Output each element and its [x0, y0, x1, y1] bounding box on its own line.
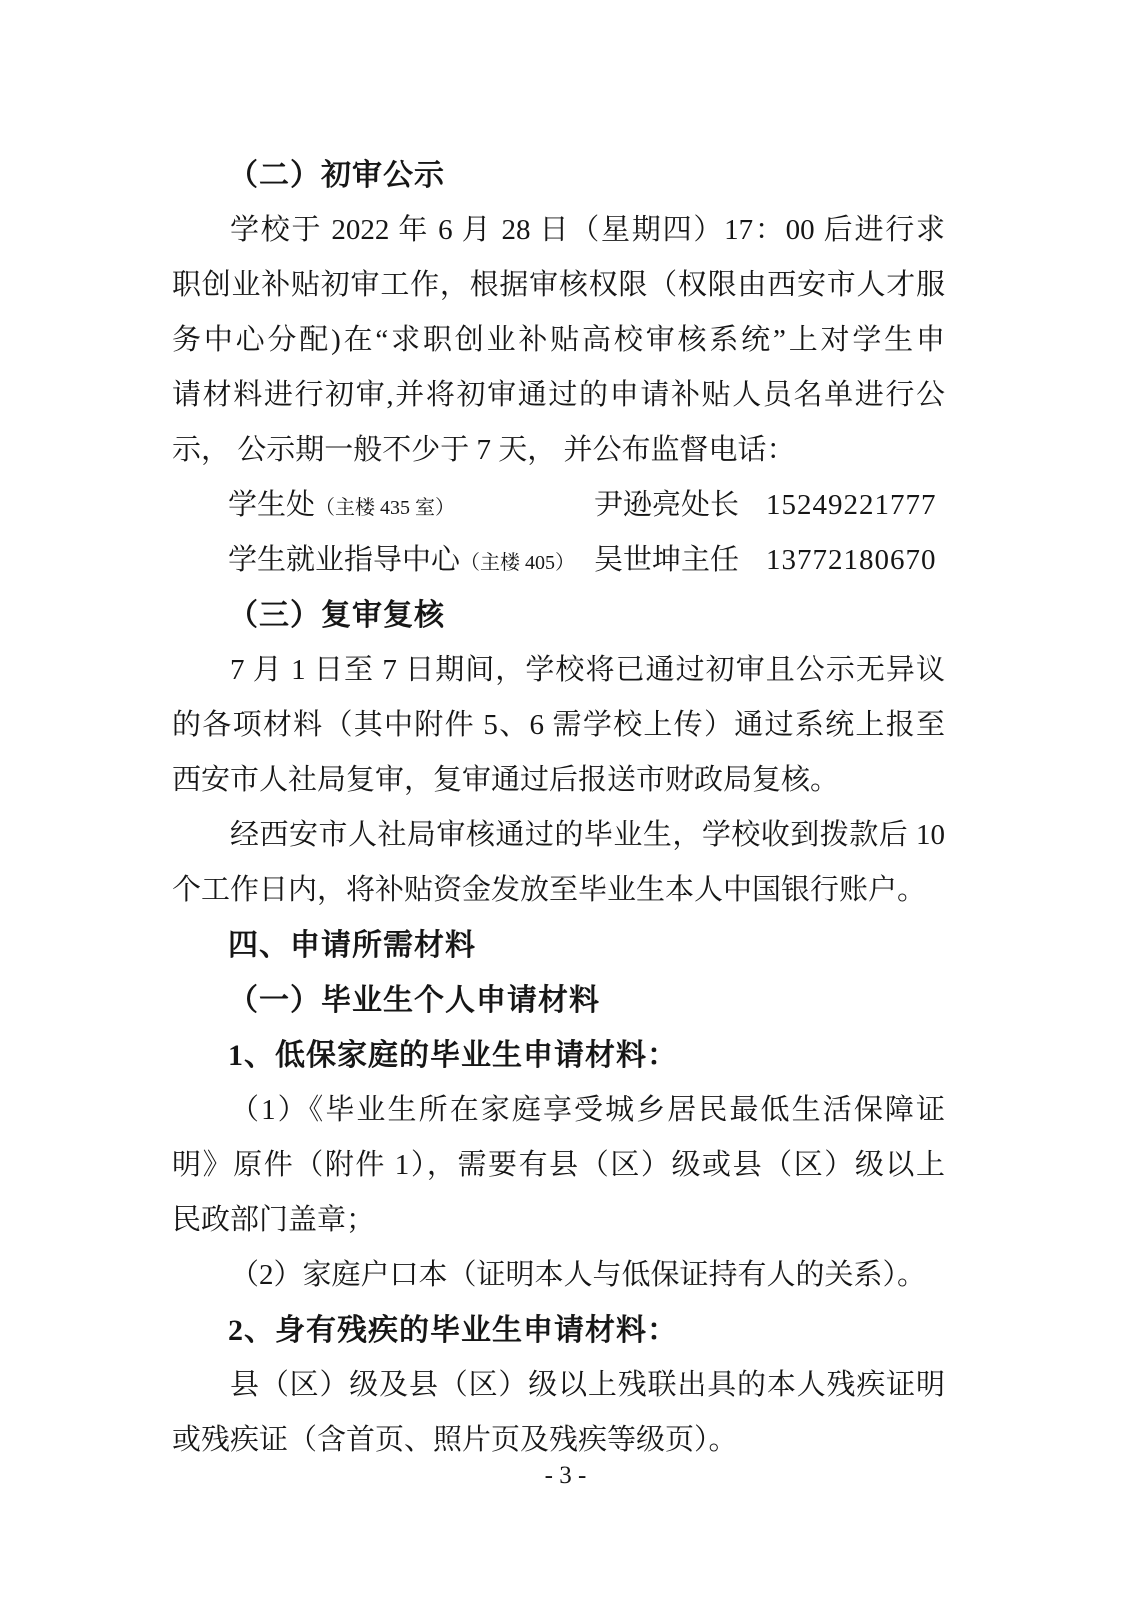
paragraph-line: （2）家庭户口本（证明本人与低保证持有人的关系）。 [172, 1248, 945, 1303]
contact-phone: 15249221777 [766, 478, 937, 533]
paragraph-line: 西安市人社局复审，复审通过后报送市财政局复核。 [172, 753, 945, 808]
paragraph-line: 务中心分配)在“求职创业补贴高校审核系统”上对学生申 [172, 313, 945, 368]
paragraph-line: （1）《毕业生所在家庭享受城乡居民最低生活保障证 [172, 1083, 945, 1138]
contact-dept-name: 学生处 [228, 489, 315, 521]
contact-row-employment-center: 学生就业指导中心（主楼 405） 吴世坤主任 13772180670 [172, 533, 945, 588]
paragraph-line: 经西安市人社局审核通过的毕业生，学校收到拨款后 10 [172, 808, 945, 863]
paragraph-line: 职创业补贴初审工作，根据审核权限（权限由西安市人才服 [172, 258, 945, 313]
paragraph-line: 的各项材料（其中附件 5、6 需学校上传）通过系统上报至 [172, 698, 945, 753]
heading-re-review: （三）复审复核 [172, 588, 945, 643]
paragraph-line: 请材料进行初审,并将初审通过的申请补贴人员名单进行公 [172, 368, 945, 423]
contact-phone: 13772180670 [766, 533, 937, 588]
heading-individual-application-materials: （一）毕业生个人申请材料 [172, 973, 945, 1028]
heading-preliminary-review-publicity: （二）初审公示 [172, 148, 945, 203]
contact-row-student-affairs: 学生处（主楼 435 室） 尹逊亮处长 15249221777 [172, 478, 945, 533]
paragraph-line: 明》原件（附件 1），需要有县（区）级或县（区）级以上 [172, 1138, 945, 1193]
contact-dept: 学生就业指导中心（主楼 405） [228, 533, 594, 591]
paragraph-line: 学校于 2022 年 6 月 28 日（星期四）17：00 后进行求 [172, 203, 945, 258]
paragraph-line: 个工作日内，将补贴资金发放至毕业生本人中国银行账户。 [172, 863, 945, 918]
paragraph-line: 县（区）级及县（区）级以上残联出具的本人残疾证明 [172, 1358, 945, 1413]
document-page: （二）初审公示 学校于 2022 年 6 月 28 日（星期四）17：00 后进… [0, 0, 1131, 1600]
paragraph-line: 7 月 1 日至 7 日期间，学校将已通过初审且公示无异议 [172, 643, 945, 698]
page-number: - 3 - [0, 1458, 1131, 1494]
heading-low-income-family-materials: 1、低保家庭的毕业生申请材料： [172, 1028, 945, 1083]
contact-person: 尹逊亮处长 [594, 478, 766, 533]
document-body: （二）初审公示 学校于 2022 年 6 月 28 日（星期四）17：00 后进… [172, 148, 945, 1468]
heading-disabled-graduate-materials: 2、身有残疾的毕业生申请材料： [172, 1303, 945, 1358]
paragraph-line: 民政部门盖章； [172, 1193, 945, 1248]
heading-required-materials: 四、申请所需材料 [172, 918, 945, 973]
contact-room: （主楼 405） [460, 552, 575, 574]
contact-dept-name: 学生就业指导中心 [228, 544, 460, 576]
contact-dept: 学生处（主楼 435 室） [228, 478, 594, 536]
contact-person: 吴世坤主任 [594, 533, 766, 588]
paragraph-line: 示， 公示期一般不少于 7 天， 并公布监督电话： [172, 423, 945, 478]
contact-room: （主楼 435 室） [315, 497, 455, 519]
